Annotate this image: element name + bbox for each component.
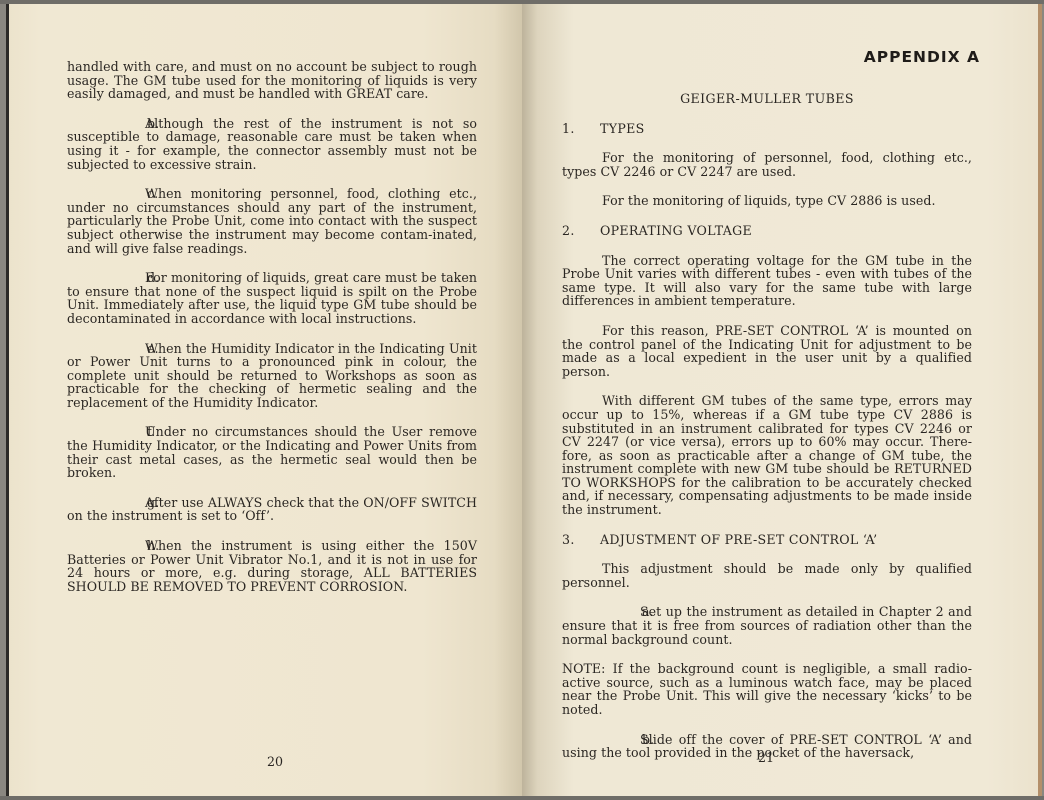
section-2-heading: 2.OPERATING VOLTAGE [562, 224, 972, 238]
section-3-paragraph-1: This adjustment should be made only by q… [562, 562, 972, 589]
item-label: a. [602, 605, 640, 619]
section-2-paragraph-3: With different GM tubes of the same type… [562, 394, 972, 516]
section-3-heading: 3.ADJUSTMENT OF PRE-SET CONTROL ‘A’ [562, 533, 972, 547]
section-1-paragraph-2: For the monitoring of liquids, type CV 2… [562, 194, 972, 208]
section-2-paragraph-1: The correct operating voltage for the GM… [562, 254, 972, 308]
paragraph-d: d.For monitoring of liquids, great care … [67, 271, 477, 325]
right-page-body: GEIGER-MULLER TUBES 1.TYPES For the moni… [562, 92, 972, 760]
paragraph-c: c.When monitoring personnel, food, cloth… [67, 187, 477, 255]
paragraph-h: h.When the instrument is using either th… [67, 539, 477, 593]
page-number-left: 20 [267, 754, 283, 769]
book-spread: handled with care, and must on no accoun… [0, 4, 1044, 796]
item-label: g. [107, 496, 145, 510]
item-label: h. [107, 539, 145, 553]
paragraph-continued: handled with care, and must on no accoun… [67, 60, 477, 101]
item-label: c. [107, 187, 145, 201]
left-page: handled with care, and must on no accoun… [6, 4, 525, 796]
page-number-right: 21 [758, 750, 774, 765]
section-2-paragraph-2: For this reason, PRE-SET CONTROL ‘A’ is … [562, 324, 972, 378]
section-3-note: NOTE: If the background count is negligi… [562, 662, 972, 716]
item-label: b. [602, 733, 640, 747]
item-label: f. [107, 425, 145, 439]
paragraph-g: g.After use ALWAYS check that the ON/OFF… [67, 496, 477, 523]
section-3-item-a: a.Set up the instrument as detailed in C… [562, 605, 972, 646]
section-1-heading: 1.TYPES [562, 122, 972, 136]
paragraph-e: e.When the Humidity Indicator in the Ind… [67, 342, 477, 410]
left-page-body: handled with care, and must on no accoun… [67, 60, 477, 593]
right-page: APPENDIX A GEIGER-MULLER TUBES 1.TYPES F… [522, 4, 1042, 796]
paragraph-b: b.Although the rest of the instrument is… [67, 117, 477, 171]
item-label: d. [107, 271, 145, 285]
document-title: GEIGER-MULLER TUBES [562, 92, 972, 106]
paragraph-f: f.Under no circumstances should the User… [67, 425, 477, 479]
item-label: b. [107, 117, 145, 131]
item-label: e. [107, 342, 145, 356]
section-1-paragraph-1: For the monitoring of personnel, food, c… [562, 151, 972, 178]
appendix-label: APPENDIX A [864, 48, 980, 66]
